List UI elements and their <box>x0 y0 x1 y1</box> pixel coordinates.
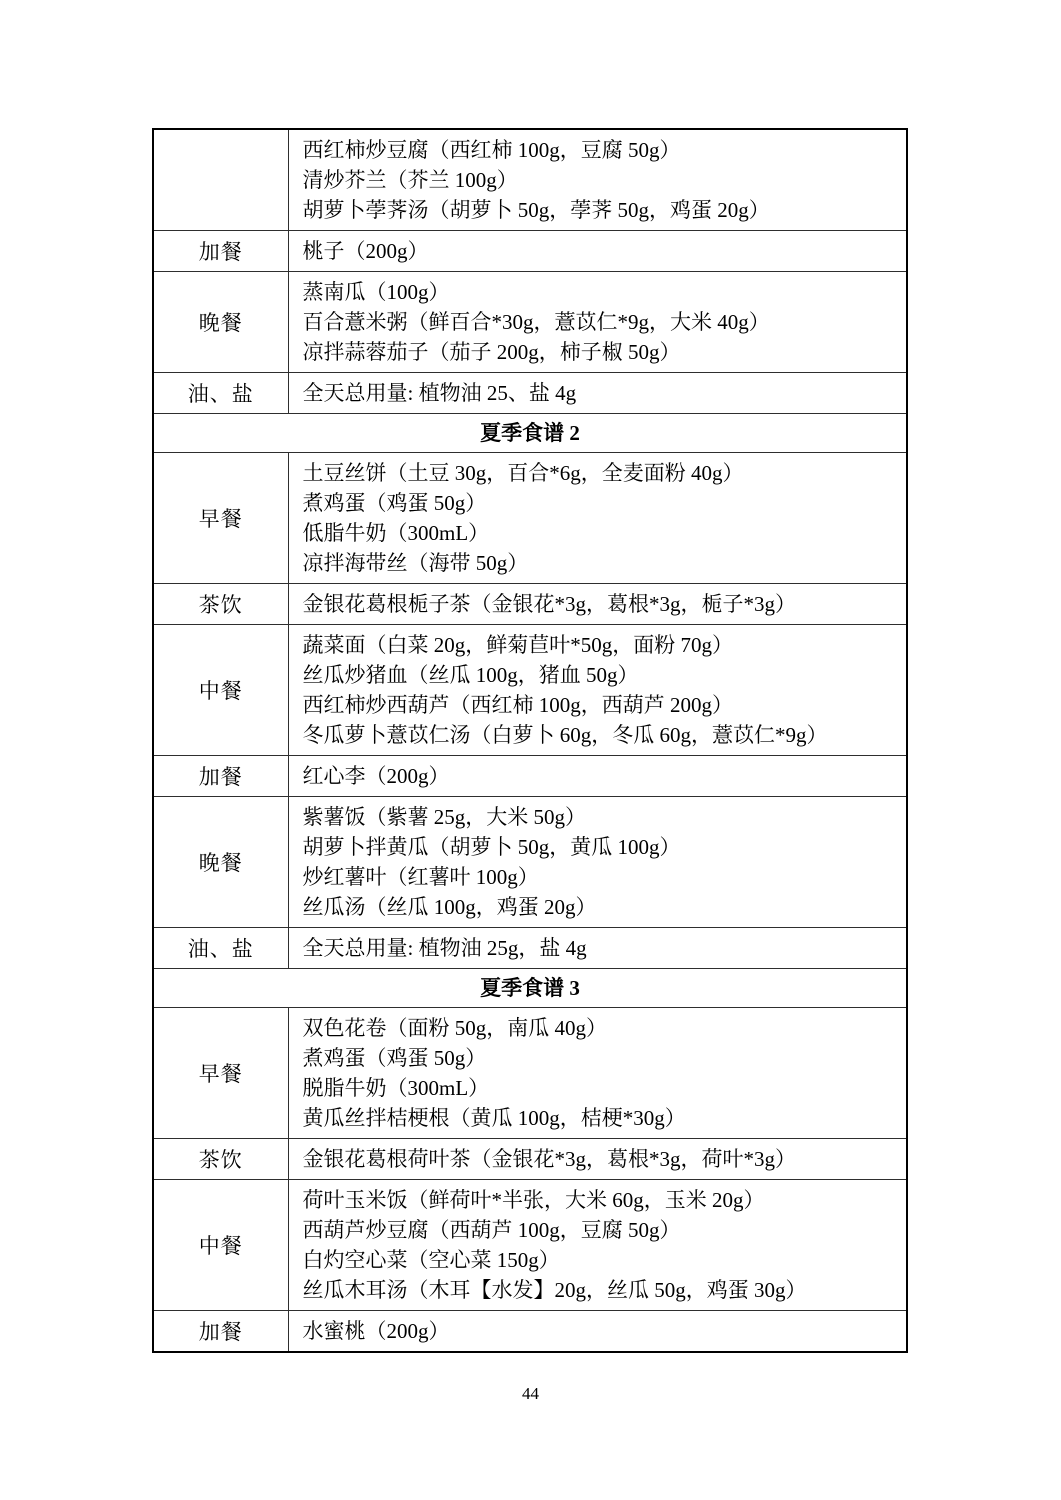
meal-label-cell: 油、盐 <box>153 928 288 969</box>
meal-label-cell: 油、盐 <box>153 373 288 414</box>
dish-item: 凉拌海带丝（海带 50g） <box>303 548 899 578</box>
table-row: 茶饮金银花葛根荷叶茶（金银花*3g，葛根*3g，荷叶*3g） <box>153 1139 907 1180</box>
section-header-row: 夏季食谱 2 <box>153 414 907 453</box>
meal-items-cell: 金银花葛根栀子茶（金银花*3g，葛根*3g，栀子*3g） <box>288 584 907 625</box>
dish-item: 丝瓜汤（丝瓜 100g，鸡蛋 20g） <box>303 892 899 922</box>
dish-item: 蒸南瓜（100g） <box>303 277 899 307</box>
dish-item: 荷叶玉米饭（鲜荷叶*半张，大米 60g，玉米 20g） <box>303 1185 899 1215</box>
meal-label-cell: 早餐 <box>153 1008 288 1139</box>
meal-items-cell: 蔬菜面（白菜 20g，鲜菊苣叶*50g，面粉 70g）丝瓜炒猪血（丝瓜 100g… <box>288 625 907 756</box>
meal-label-cell: 中餐 <box>153 1180 288 1311</box>
dish-item: 西葫芦炒豆腐（西葫芦 100g，豆腐 50g） <box>303 1215 899 1245</box>
meal-label-cell: 晚餐 <box>153 272 288 373</box>
dish-item: 全天总用量: 植物油 25g，盐 4g <box>303 933 899 963</box>
dish-item: 西红柿炒西葫芦（西红柿 100g，西葫芦 200g） <box>303 690 899 720</box>
meal-items-cell: 紫薯饭（紫薯 25g，大米 50g）胡萝卜拌黄瓜（胡萝卜 50g，黄瓜 100g… <box>288 797 907 928</box>
meal-items-cell: 土豆丝饼（土豆 30g，百合*6g，全麦面粉 40g）煮鸡蛋（鸡蛋 50g）低脂… <box>288 453 907 584</box>
dish-item: 双色花卷（面粉 50g，南瓜 40g） <box>303 1013 899 1043</box>
table-row: 中餐荷叶玉米饭（鲜荷叶*半张，大米 60g，玉米 20g）西葫芦炒豆腐（西葫芦 … <box>153 1180 907 1311</box>
meal-items-cell: 桃子（200g） <box>288 231 907 272</box>
meal-items-cell: 西红柿炒豆腐（西红柿 100g，豆腐 50g）清炒芥兰（芥兰 100g）胡萝卜荸… <box>288 129 907 231</box>
table-row: 加餐水蜜桃（200g） <box>153 1311 907 1353</box>
meal-items-cell: 水蜜桃（200g） <box>288 1311 907 1353</box>
dish-item: 清炒芥兰（芥兰 100g） <box>303 165 899 195</box>
dish-item: 百合薏米粥（鲜百合*30g，薏苡仁*9g，大米 40g） <box>303 307 899 337</box>
section-header: 夏季食谱 3 <box>153 969 907 1008</box>
meal-items-cell: 红心李（200g） <box>288 756 907 797</box>
meal-label-cell <box>153 129 288 231</box>
table-row: 晚餐紫薯饭（紫薯 25g，大米 50g）胡萝卜拌黄瓜（胡萝卜 50g，黄瓜 10… <box>153 797 907 928</box>
dish-item: 胡萝卜拌黄瓜（胡萝卜 50g，黄瓜 100g） <box>303 832 899 862</box>
table-row: 油、盐全天总用量: 植物油 25g，盐 4g <box>153 928 907 969</box>
dish-item: 金银花葛根荷叶茶（金银花*3g，葛根*3g，荷叶*3g） <box>303 1144 899 1174</box>
dish-item: 白灼空心菜（空心菜 150g） <box>303 1245 899 1275</box>
table-row: 西红柿炒豆腐（西红柿 100g，豆腐 50g）清炒芥兰（芥兰 100g）胡萝卜荸… <box>153 129 907 231</box>
dish-item: 炒红薯叶（红薯叶 100g） <box>303 862 899 892</box>
dish-item: 全天总用量: 植物油 25、盐 4g <box>303 378 899 408</box>
meal-label-cell: 中餐 <box>153 625 288 756</box>
table-row: 早餐土豆丝饼（土豆 30g，百合*6g，全麦面粉 40g）煮鸡蛋（鸡蛋 50g）… <box>153 453 907 584</box>
meal-label-cell: 茶饮 <box>153 584 288 625</box>
meal-items-cell: 全天总用量: 植物油 25、盐 4g <box>288 373 907 414</box>
meal-label-cell: 加餐 <box>153 1311 288 1353</box>
dish-item: 凉拌蒜蓉茄子（茄子 200g，柿子椒 50g） <box>303 337 899 367</box>
dish-item: 胡萝卜荸荠汤（胡萝卜 50g，荸荠 50g，鸡蛋 20g） <box>303 195 899 225</box>
meal-label-cell: 早餐 <box>153 453 288 584</box>
section-header: 夏季食谱 2 <box>153 414 907 453</box>
table-row: 中餐蔬菜面（白菜 20g，鲜菊苣叶*50g，面粉 70g）丝瓜炒猪血（丝瓜 10… <box>153 625 907 756</box>
table-row: 早餐双色花卷（面粉 50g，南瓜 40g）煮鸡蛋（鸡蛋 50g）脱脂牛奶（300… <box>153 1008 907 1139</box>
dish-item: 丝瓜炒猪血（丝瓜 100g，猪血 50g） <box>303 660 899 690</box>
dish-item: 脱脂牛奶（300mL） <box>303 1073 899 1103</box>
meal-items-cell: 蒸南瓜（100g）百合薏米粥（鲜百合*30g，薏苡仁*9g，大米 40g）凉拌蒜… <box>288 272 907 373</box>
dish-item: 桃子（200g） <box>303 236 899 266</box>
dish-item: 金银花葛根栀子茶（金银花*3g，葛根*3g，栀子*3g） <box>303 589 899 619</box>
meal-label-cell: 茶饮 <box>153 1139 288 1180</box>
meal-plan-table: 西红柿炒豆腐（西红柿 100g，豆腐 50g）清炒芥兰（芥兰 100g）胡萝卜荸… <box>152 128 908 1353</box>
dish-item: 黄瓜丝拌桔梗根（黄瓜 100g，桔梗*30g） <box>303 1103 899 1133</box>
dish-item: 丝瓜木耳汤（木耳【水发】20g，丝瓜 50g，鸡蛋 30g） <box>303 1275 899 1305</box>
meal-items-cell: 全天总用量: 植物油 25g，盐 4g <box>288 928 907 969</box>
dish-item: 低脂牛奶（300mL） <box>303 518 899 548</box>
meal-plan-table-body: 西红柿炒豆腐（西红柿 100g，豆腐 50g）清炒芥兰（芥兰 100g）胡萝卜荸… <box>153 129 907 1352</box>
table-row: 晚餐蒸南瓜（100g）百合薏米粥（鲜百合*30g，薏苡仁*9g，大米 40g）凉… <box>153 272 907 373</box>
meal-items-cell: 双色花卷（面粉 50g，南瓜 40g）煮鸡蛋（鸡蛋 50g）脱脂牛奶（300mL… <box>288 1008 907 1139</box>
dish-item: 土豆丝饼（土豆 30g，百合*6g，全麦面粉 40g） <box>303 458 899 488</box>
dish-item: 煮鸡蛋（鸡蛋 50g） <box>303 488 899 518</box>
dish-item: 紫薯饭（紫薯 25g，大米 50g） <box>303 802 899 832</box>
meal-label-cell: 晚餐 <box>153 797 288 928</box>
dish-item: 红心李（200g） <box>303 761 899 791</box>
dish-item: 煮鸡蛋（鸡蛋 50g） <box>303 1043 899 1073</box>
meal-label-cell: 加餐 <box>153 756 288 797</box>
table-row: 加餐桃子（200g） <box>153 231 907 272</box>
dish-item: 蔬菜面（白菜 20g，鲜菊苣叶*50g，面粉 70g） <box>303 630 899 660</box>
dish-item: 水蜜桃（200g） <box>303 1316 899 1346</box>
table-row: 加餐红心李（200g） <box>153 756 907 797</box>
table-row: 茶饮金银花葛根栀子茶（金银花*3g，葛根*3g，栀子*3g） <box>153 584 907 625</box>
dish-item: 冬瓜萝卜薏苡仁汤（白萝卜 60g，冬瓜 60g，薏苡仁*9g） <box>303 720 899 750</box>
meal-items-cell: 金银花葛根荷叶茶（金银花*3g，葛根*3g，荷叶*3g） <box>288 1139 907 1180</box>
meal-items-cell: 荷叶玉米饭（鲜荷叶*半张，大米 60g，玉米 20g）西葫芦炒豆腐（西葫芦 10… <box>288 1180 907 1311</box>
table-row: 油、盐全天总用量: 植物油 25、盐 4g <box>153 373 907 414</box>
meal-label-cell: 加餐 <box>153 231 288 272</box>
dish-item: 西红柿炒豆腐（西红柿 100g，豆腐 50g） <box>303 135 899 165</box>
page-number: 44 <box>0 1384 1061 1404</box>
section-header-row: 夏季食谱 3 <box>153 969 907 1008</box>
